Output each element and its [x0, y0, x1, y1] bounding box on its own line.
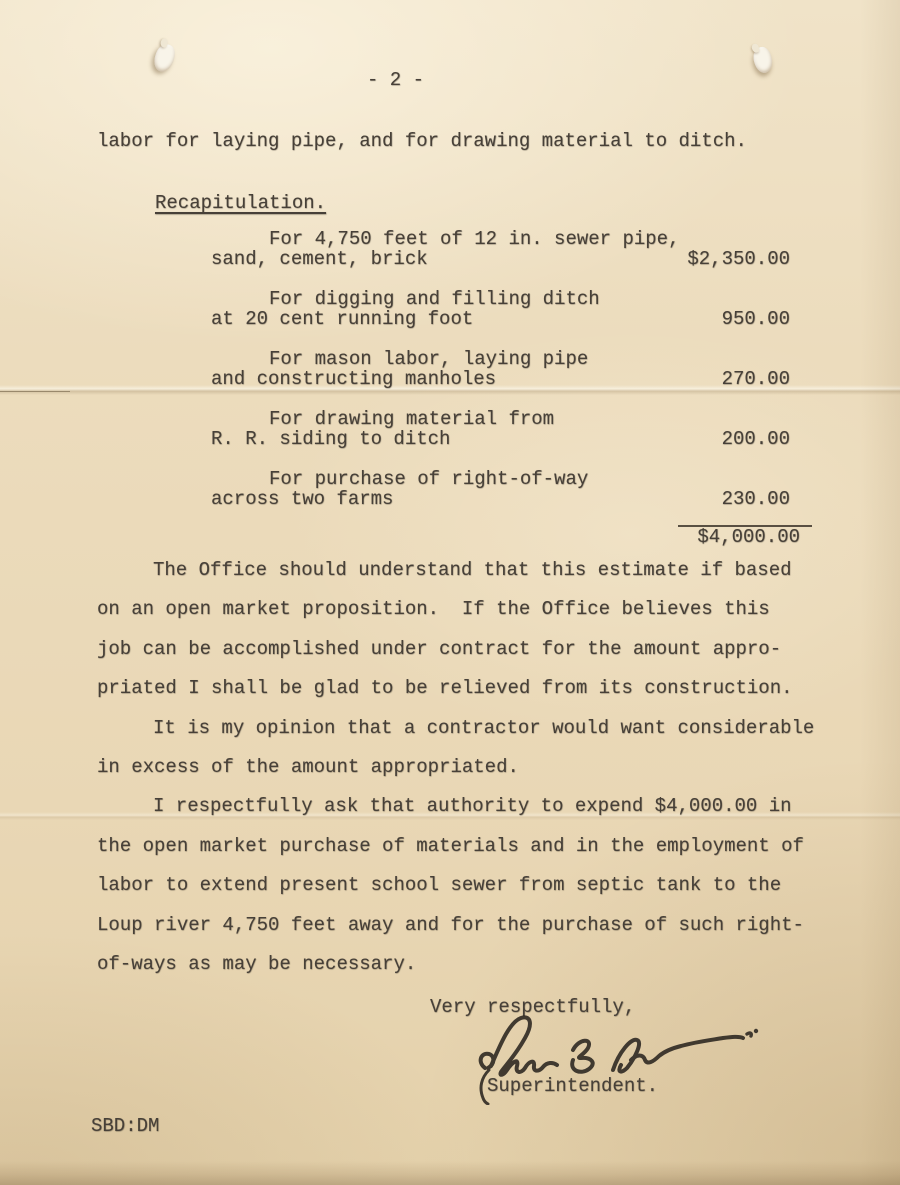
recap-item-amount: 270.00: [722, 369, 804, 389]
body-line: It is my opinion that a contractor would…: [97, 709, 821, 748]
recap-item-right-of-way: For purchase of right-of-way across two …: [97, 469, 804, 509]
letter-body: The Office should understand that this e…: [97, 551, 821, 984]
recap-item-amount: 950.00: [722, 309, 804, 329]
recap-item-line2: and constructing manholes: [211, 369, 496, 389]
body-line: of-ways as may be necessary.: [97, 945, 821, 984]
recap-item-line1: For mason labor, laying pipe: [97, 349, 804, 369]
intro-line: labor for laying pipe, and for drawing m…: [97, 131, 747, 151]
paper-edge-shading: [860, 0, 900, 1185]
body-line: I respectfully ask that authority to exp…: [97, 787, 821, 826]
recap-item-amount: 230.00: [722, 489, 804, 509]
recap-item-sewer-pipe: For 4,750 feet of 12 in. sewer pipe, san…: [97, 229, 804, 269]
recap-total: $4,000.00: [678, 525, 812, 547]
recapitulation-table: For 4,750 feet of 12 in. sewer pipe, san…: [97, 229, 804, 547]
recap-item-digging: For digging and filling ditch at 20 cent…: [97, 289, 804, 329]
body-line: The Office should understand that this e…: [97, 551, 821, 590]
recap-item-line2: at 20 cent running foot: [211, 309, 473, 329]
body-line: Loup river 4,750 feet away and for the p…: [97, 906, 821, 945]
typist-initials: SBD:DM: [91, 1116, 159, 1136]
recap-item-drawing-material: For drawing material from R. R. siding t…: [97, 409, 804, 449]
pin-hole-right-icon: [750, 45, 775, 75]
recap-item-line1: For purchase of right-of-way: [97, 469, 804, 489]
recap-item-line2: sand, cement, brick: [211, 249, 428, 269]
signer-title: Superintendent.: [487, 1076, 658, 1096]
recap-item-amount: 200.00: [722, 429, 804, 449]
letter-page: - 2 - labor for laying pipe, and for dra…: [0, 0, 900, 1185]
recapitulation-heading: Recapitulation.: [155, 193, 326, 213]
body-line: the open market purchase of materials an…: [97, 827, 821, 866]
body-line: labor to extend present school sewer fro…: [97, 866, 821, 905]
body-line: in excess of the amount appropriated.: [97, 748, 821, 787]
body-line: on an open market proposition. If the Of…: [97, 590, 821, 629]
pin-hole-left-icon: [152, 42, 177, 74]
recap-item-mason-labor: For mason labor, laying pipe and constru…: [97, 349, 804, 389]
body-line: job can be accomplished under contract f…: [97, 630, 821, 669]
recap-item-line1: For drawing material from: [97, 409, 804, 429]
paper-bottom-edge: [0, 1161, 900, 1185]
page-number: - 2 -: [367, 70, 424, 90]
recap-item-line2: R. R. siding to ditch: [211, 429, 450, 449]
recap-item-line2: across two farms: [211, 489, 393, 509]
recap-item-line1: For 4,750 feet of 12 in. sewer pipe,: [97, 229, 804, 249]
recap-item-amount: $2,350.00: [687, 249, 804, 269]
recap-item-line1: For digging and filling ditch: [97, 289, 804, 309]
body-line: priated I shall be glad to be relieved f…: [97, 669, 821, 708]
